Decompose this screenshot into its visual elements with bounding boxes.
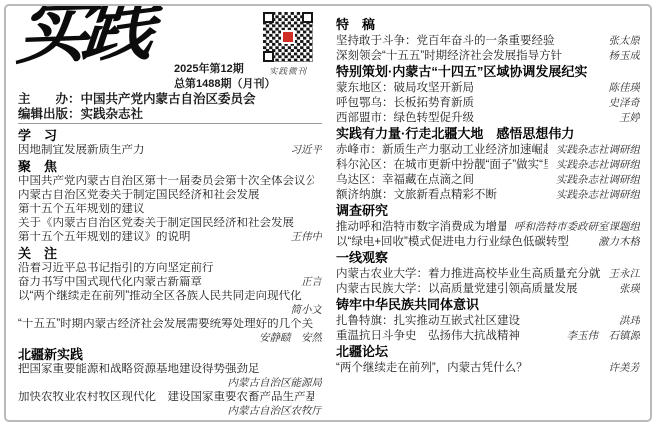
masthead-divider: [18, 123, 322, 124]
entry-author: 王伟中: [291, 231, 323, 245]
entry-title: 中国共产党内蒙古自治区第十一届委员会第十次全体会议公报: [18, 175, 314, 189]
entry-author: 内蒙古自治区能源局: [228, 377, 323, 391]
entry-author: 正言: [301, 276, 322, 290]
toc-entry: 科尔沁区：在城市更新中扮靓“面子”做实“里子”实践杂志社调研组: [336, 158, 640, 172]
entry-author: 激力木格: [598, 235, 640, 249]
entry-author: 呼和浩特市委政研室课题组: [514, 220, 640, 234]
entry-author: 李玉伟 石镇源: [567, 329, 641, 343]
toc-entry: 因地制宜发展新质生产力习近平: [18, 144, 322, 158]
qr-code-icon: [263, 12, 313, 62]
toc-entry: 内蒙古民族大学：以高质量党建引领高质量发展张瑛: [336, 282, 640, 296]
magazine-logo: 实践: [15, 4, 150, 68]
toc-entry: 呼包鄂乌：长板拓势育新质史泽奇: [336, 96, 640, 110]
magazine-toc-page: 实践 2025年第12期 总第1488期（月刊） 主 办：中国共产党内蒙古自治区…: [4, 4, 652, 422]
entry-title: 第十五个五年规划的建议: [18, 203, 314, 217]
toc-entry: 扎鲁特旗：扎实推动互嵌式社区建设洪玮: [336, 314, 640, 328]
toc-entry: 赤峰市：新质生产力驱动工业经济加速崛起实践杂志社调研组: [336, 143, 640, 157]
entry-author: 安静赜 安然: [259, 332, 322, 346]
toc-entry: 重温抗日斗争史 弘扬伟大抗战精神李玉伟 石镇源: [336, 329, 640, 343]
qr-finder-icon: [302, 12, 313, 23]
entry-title: 沿着习近平总书记指引的方向坚定前行: [18, 262, 314, 276]
entry-title: 内蒙古自治区党委关于制定国民经济和社会发展: [18, 189, 314, 203]
entry-author: 王婷: [619, 111, 640, 125]
section-header: 调查研究: [336, 203, 640, 219]
entry-author: 实践杂志社调研组: [556, 188, 640, 202]
left-column: 实践 2025年第12期 总第1488期（月刊） 主 办：中国共产党内蒙古自治区…: [18, 8, 322, 420]
toc-entry: 以“绿电+回收”模式促进电力行业绿色低碳转型激力木格: [336, 235, 640, 249]
qr-finder-icon: [263, 51, 274, 62]
entry-author: 实践杂志社调研组: [556, 158, 640, 172]
toc-column-left: 学 习因地制宜发展新质生产力习近平聚 焦中国共产党内蒙古自治区第十一届委员会第十…: [18, 128, 322, 418]
entry-title: 第十五个五年规划的建议》的说明: [18, 231, 283, 245]
entry-author: 杨玉成: [609, 49, 641, 63]
entry-author: 张瑛: [619, 282, 640, 296]
entry-title: 因地制宜发展新质生产力: [18, 144, 283, 158]
entry-title: 加快农牧业农村牧区现代化 建设国家重要农畜产品生产基地: [18, 391, 314, 405]
entry-title: 科尔沁区：在城市更新中扮靓“面子”做实“里子”: [336, 158, 548, 172]
entry-title: 把国家重要能源和战略资源基地建设得势强劲足: [18, 363, 314, 377]
toc-entry: 内蒙古自治区能源局: [18, 377, 322, 391]
entry-title: 以“绿电+回收”模式促进电力行业绿色低碳转型: [336, 235, 590, 249]
toc-entry: 西部盟市：绿色转型促升级王婷: [336, 111, 640, 125]
entry-author: 实践杂志社调研组: [556, 143, 640, 157]
organizer-line: 主 办：中国共产党内蒙古自治区委员会: [18, 92, 256, 107]
section-header: 一线观察: [336, 250, 640, 266]
section-header: 铸牢中华民族共同体意识: [336, 297, 640, 313]
toc-entry: 内蒙古农业大学：着力推进高校毕业生高质量充分就业王永江: [336, 267, 640, 281]
entry-title: 以“两个继续走在前列”推动全区各族人民共同走向现代化: [18, 290, 314, 304]
toc-entry: 额济纳旗：文旅新看点精彩不断实践杂志社调研组: [336, 188, 640, 202]
toc-entry: 第十五个五年规划的建议: [18, 203, 322, 217]
toc-entry: “十五五”时期内蒙古经济社会发展需要统筹处理好的几个关系: [18, 318, 322, 332]
entry-author: 习近平: [291, 144, 323, 158]
entry-author: 许美芳: [609, 361, 641, 375]
toc-entry: 沿着习近平总书记指引的方向坚定前行: [18, 262, 322, 276]
entry-title: 奋力书写中国式现代化内蒙古新篇章: [18, 276, 293, 290]
toc-entry: “两个继续走在前列”，内蒙古凭什么？许美芳: [336, 361, 640, 375]
entry-title: 深刻领会“十五五”时期经济社会发展指导方针: [336, 49, 601, 63]
toc-entry: 把国家重要能源和战略资源基地建设得势强劲足: [18, 363, 322, 377]
toc-entry: 奋力书写中国式现代化内蒙古新篇章正言: [18, 276, 322, 290]
qr-logo-icon: [281, 30, 295, 44]
toc-entry: 内蒙古自治区农牧厅: [18, 405, 322, 419]
entry-title: 重温抗日斗争史 弘扬伟大抗战精神: [336, 329, 559, 343]
section-header: 特 稿: [336, 17, 640, 33]
entry-author: 陈佳瑛: [609, 81, 641, 95]
entry-title: 内蒙古农业大学：着力推进高校毕业生高质量充分就业: [336, 267, 601, 281]
entry-title: 坚持敢于斗争：党百年奋斗的一条重要经验: [336, 34, 601, 48]
qr-finder-icon: [263, 12, 274, 23]
entry-author: 内蒙古自治区农牧厅: [228, 405, 323, 419]
section-header: 特别策划·内蒙古“十四五”区域协调发展纪实: [336, 64, 640, 80]
entry-title: “两个继续走在前列”，内蒙古凭什么？: [336, 361, 601, 375]
issue-total: 总第1488期（月刊）: [174, 77, 275, 92]
masthead: 实践 2025年第12期 总第1488期（月刊） 主 办：中国共产党内蒙古自治区…: [18, 8, 322, 120]
toc-entry: 乌达区：幸福藏在点滴之间实践杂志社调研组: [336, 173, 640, 187]
entry-title: 关于《内蒙古自治区党委关于制定国民经济和社会发展: [18, 217, 314, 231]
entry-title: 西部盟市：绿色转型促升级: [336, 111, 611, 125]
toc-entry: 深刻领会“十五五”时期经济社会发展指导方针杨玉成: [336, 49, 640, 63]
right-column: 特 稿坚持敢于斗争：党百年奋斗的一条重要经验张太原深刻领会“十五五”时期经济社会…: [336, 8, 640, 420]
qr-block: 实践微刊: [260, 12, 316, 77]
entry-title: 推动呼和浩特市数字消费成为增量经济: [336, 220, 506, 234]
section-header: 聚 焦: [18, 159, 322, 174]
entry-author: 张太原: [609, 34, 641, 48]
entry-title: 蒙东地区：破局攻坚开新局: [336, 81, 601, 95]
entry-author: 王永江: [609, 267, 641, 281]
entry-title: 内蒙古民族大学：以高质量党建引领高质量发展: [336, 282, 611, 296]
publisher-line: 编辑出版：实践杂志社: [18, 107, 256, 122]
section-header: 关 注: [18, 246, 322, 261]
toc-entry: 简小文: [18, 304, 322, 318]
entry-title: “十五五”时期内蒙古经济社会发展需要统筹处理好的几个关系: [18, 318, 314, 332]
toc-entry: 安静赜 安然: [18, 332, 322, 346]
toc-entry: 加快农牧业农村牧区现代化 建设国家重要农畜产品生产基地: [18, 391, 322, 405]
section-header: 北疆论坛: [336, 344, 640, 360]
toc-entry: 中国共产党内蒙古自治区第十一届委员会第十次全体会议公报: [18, 175, 322, 189]
entry-title: 扎鲁特旗：扎实推动互嵌式社区建设: [336, 314, 611, 328]
section-header: 北疆新实践: [18, 347, 322, 362]
entry-title: 呼包鄂乌：长板拓势育新质: [336, 96, 601, 110]
toc-entry: 坚持敢于斗争：党百年奋斗的一条重要经验张太原: [336, 34, 640, 48]
entry-author: 洪玮: [619, 314, 640, 328]
toc-entry: 推动呼和浩特市数字消费成为增量经济呼和浩特市委政研室课题组: [336, 220, 640, 234]
toc-entry: 内蒙古自治区党委关于制定国民经济和社会发展: [18, 189, 322, 203]
qr-caption: 实践微刊: [260, 65, 316, 77]
entry-author: 史泽奇: [609, 96, 641, 110]
toc-entry: 以“两个继续走在前列”推动全区各族人民共同走向现代化: [18, 290, 322, 304]
publisher-info: 主 办：中国共产党内蒙古自治区委员会 编辑出版：实践杂志社: [18, 92, 256, 122]
section-header: 实践有力量·行走北疆大地 感悟思想伟力: [336, 126, 640, 142]
entry-title: 乌达区：幸福藏在点滴之间: [336, 173, 548, 187]
entry-title: 额济纳旗：文旅新看点精彩不断: [336, 188, 548, 202]
toc-entry: 第十五个五年规划的建议》的说明王伟中: [18, 231, 322, 245]
entry-author: 简小文: [291, 304, 323, 318]
toc-entry: 蒙东地区：破局攻坚开新局陈佳瑛: [336, 81, 640, 95]
toc-entry: 关于《内蒙古自治区党委关于制定国民经济和社会发展: [18, 217, 322, 231]
entry-title: 赤峰市：新质生产力驱动工业经济加速崛起: [336, 143, 548, 157]
section-header: 学 习: [18, 128, 322, 143]
toc-column-right: 特 稿坚持敢于斗争：党百年奋斗的一条重要经验张太原深刻领会“十五五”时期经济社会…: [336, 17, 640, 375]
entry-author: 实践杂志社调研组: [556, 173, 640, 187]
